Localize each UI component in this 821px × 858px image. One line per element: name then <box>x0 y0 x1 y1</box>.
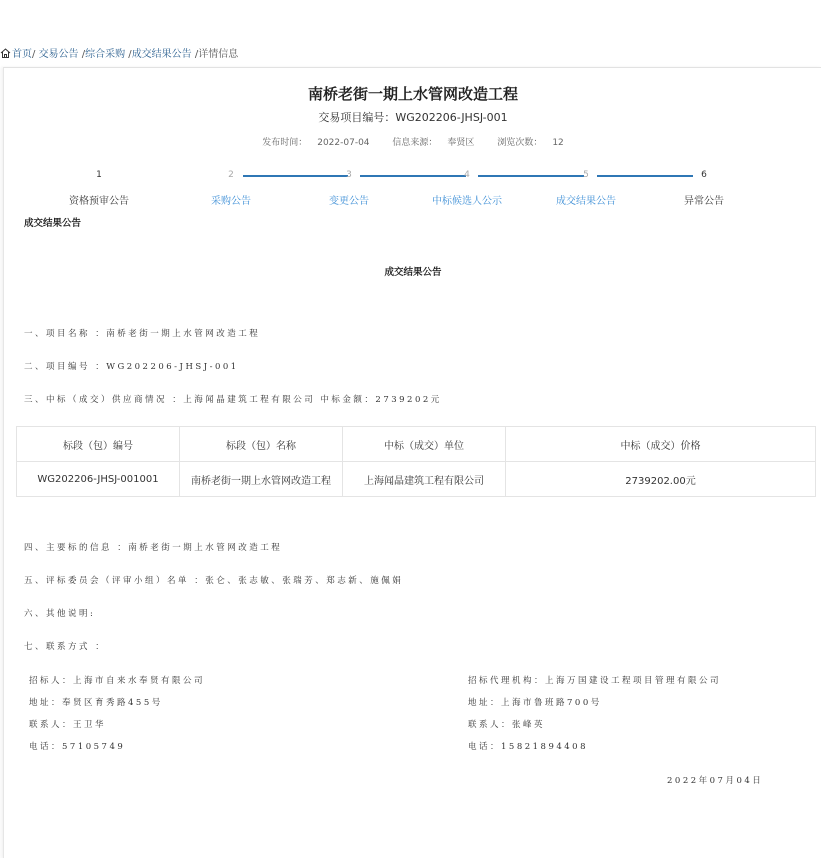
col-winner: 中标（成交）单位 <box>343 427 506 462</box>
info-source: 信息来源：奉贤区 <box>387 138 479 148</box>
agency-contact: 联系人：张峰英 <box>468 718 545 730</box>
main-subject-line: 四、主要标的信息 ：南桥老街一期上水管网改造工程 <box>24 541 282 553</box>
section-title: 成交结果公告 <box>24 215 81 229</box>
breadcrumb-result-notice[interactable]: 成交结果公告 <box>132 49 192 60</box>
col-price: 中标（成交）价格 <box>506 427 816 462</box>
breadcrumb-current: 详情信息 <box>198 49 238 60</box>
table-row: WG202206-JHSJ-001001 南桥老街一期上水管网改造工程 上海闻晶… <box>17 462 816 497</box>
document-date: 2022年07月04日 <box>667 774 763 786</box>
detail-page: 南桥老街一期上水管网改造工程 交易项目编号：WG202206-JHSJ-001 … <box>3 67 821 858</box>
project-number-line: 二、项目编号 ：WG202206-JHSJ-001 <box>24 360 239 372</box>
cell-price: 2739202.00元 <box>506 462 816 497</box>
col-lot-name: 标段（包）名称 <box>180 427 343 462</box>
step-number: 2 <box>228 170 234 180</box>
publish-date: 发布时间：2022-07-04 <box>257 138 374 148</box>
cell-winner: 上海闻晶建筑工程有限公司 <box>343 462 506 497</box>
tenderer-name: 招标人：上海市自来水奉贤有限公司 <box>29 674 205 686</box>
step-exception-notice: 异常公告 <box>684 192 724 207</box>
breadcrumb-trade-notice[interactable]: 交易公告 <box>39 49 79 60</box>
table-header-row: 标段（包）编号 标段（包）名称 中标（成交）单位 中标（成交）价格 <box>17 427 816 462</box>
contact-heading-line: 七、联系方式 ： <box>24 640 106 652</box>
step-candidate-notice[interactable]: 中标候选人公示 <box>432 192 502 207</box>
page-title: 南桥老街一期上水管网改造工程 <box>4 83 821 104</box>
step-procurement-notice[interactable]: 采购公告 <box>211 192 251 207</box>
step-connector <box>360 175 466 177</box>
tenderer-phone: 电话：57105749 <box>29 740 125 752</box>
tenderer-contact: 联系人：王卫华 <box>29 718 106 730</box>
agency-phone: 电话：15821894408 <box>468 740 588 752</box>
result-table: 标段（包）编号 标段（包）名称 中标（成交）单位 中标（成交）价格 WG2022… <box>16 426 816 497</box>
tenderer-address: 地址：奉贤区育秀路455号 <box>29 696 163 708</box>
step-number: 3 <box>346 170 352 180</box>
breadcrumb: 首页/ 交易公告 /综合采购 /成交结果公告 /详情信息 <box>0 45 238 60</box>
breadcrumb-general-procurement[interactable]: 综合采购 <box>85 49 125 60</box>
committee-line: 五、评标委员会（评审小组）名单 ：张仑、张志敏、张瑞芳、郑志新、施佩娟 <box>24 574 403 586</box>
step-change-notice[interactable]: 变更公告 <box>329 192 369 207</box>
col-lot-number: 标段（包）编号 <box>17 427 180 462</box>
supplier-line: 三、中标（成交）供应商情况 ：上海闻晶建筑工程有限公司 中标金额：2739202… <box>24 393 442 405</box>
step-number: 6 <box>701 170 707 180</box>
step-prequalification: 资格预审公告 <box>69 192 129 207</box>
step-connector <box>478 175 584 177</box>
meta-info: 发布时间：2022-07-04 信息来源：奉贤区 浏览次数：12 <box>4 135 821 148</box>
breadcrumb-home[interactable]: 首页 <box>12 49 32 60</box>
agency-address: 地址：上海市鲁班路700号 <box>468 696 602 708</box>
document-heading: 成交结果公告 <box>4 264 821 278</box>
step-result-notice[interactable]: 成交结果公告 <box>556 192 616 207</box>
step-number: 4 <box>464 170 470 180</box>
step-number: 1 <box>96 170 102 180</box>
cell-lot-name: 南桥老街一期上水管网改造工程 <box>180 462 343 497</box>
agency-name: 招标代理机构：上海万国建设工程项目管理有限公司 <box>468 674 721 686</box>
cell-lot-number: WG202206-JHSJ-001001 <box>17 462 180 497</box>
step-connector <box>243 175 348 177</box>
project-number: 交易项目编号：WG202206-JHSJ-001 <box>4 109 821 125</box>
view-count: 浏览次数：12 <box>492 138 568 148</box>
step-number: 5 <box>583 170 589 180</box>
process-steps: 1 2 3 4 5 6 资格预审公告 采购公告 变更公告 中标候选人公示 成交结… <box>4 168 821 208</box>
step-connector <box>597 175 693 177</box>
project-name-line: 一、项目名称 ：南桥老街一期上水管网改造工程 <box>24 327 260 339</box>
home-icon[interactable] <box>0 48 11 58</box>
other-notes-line: 六、其他说明: <box>24 607 95 619</box>
